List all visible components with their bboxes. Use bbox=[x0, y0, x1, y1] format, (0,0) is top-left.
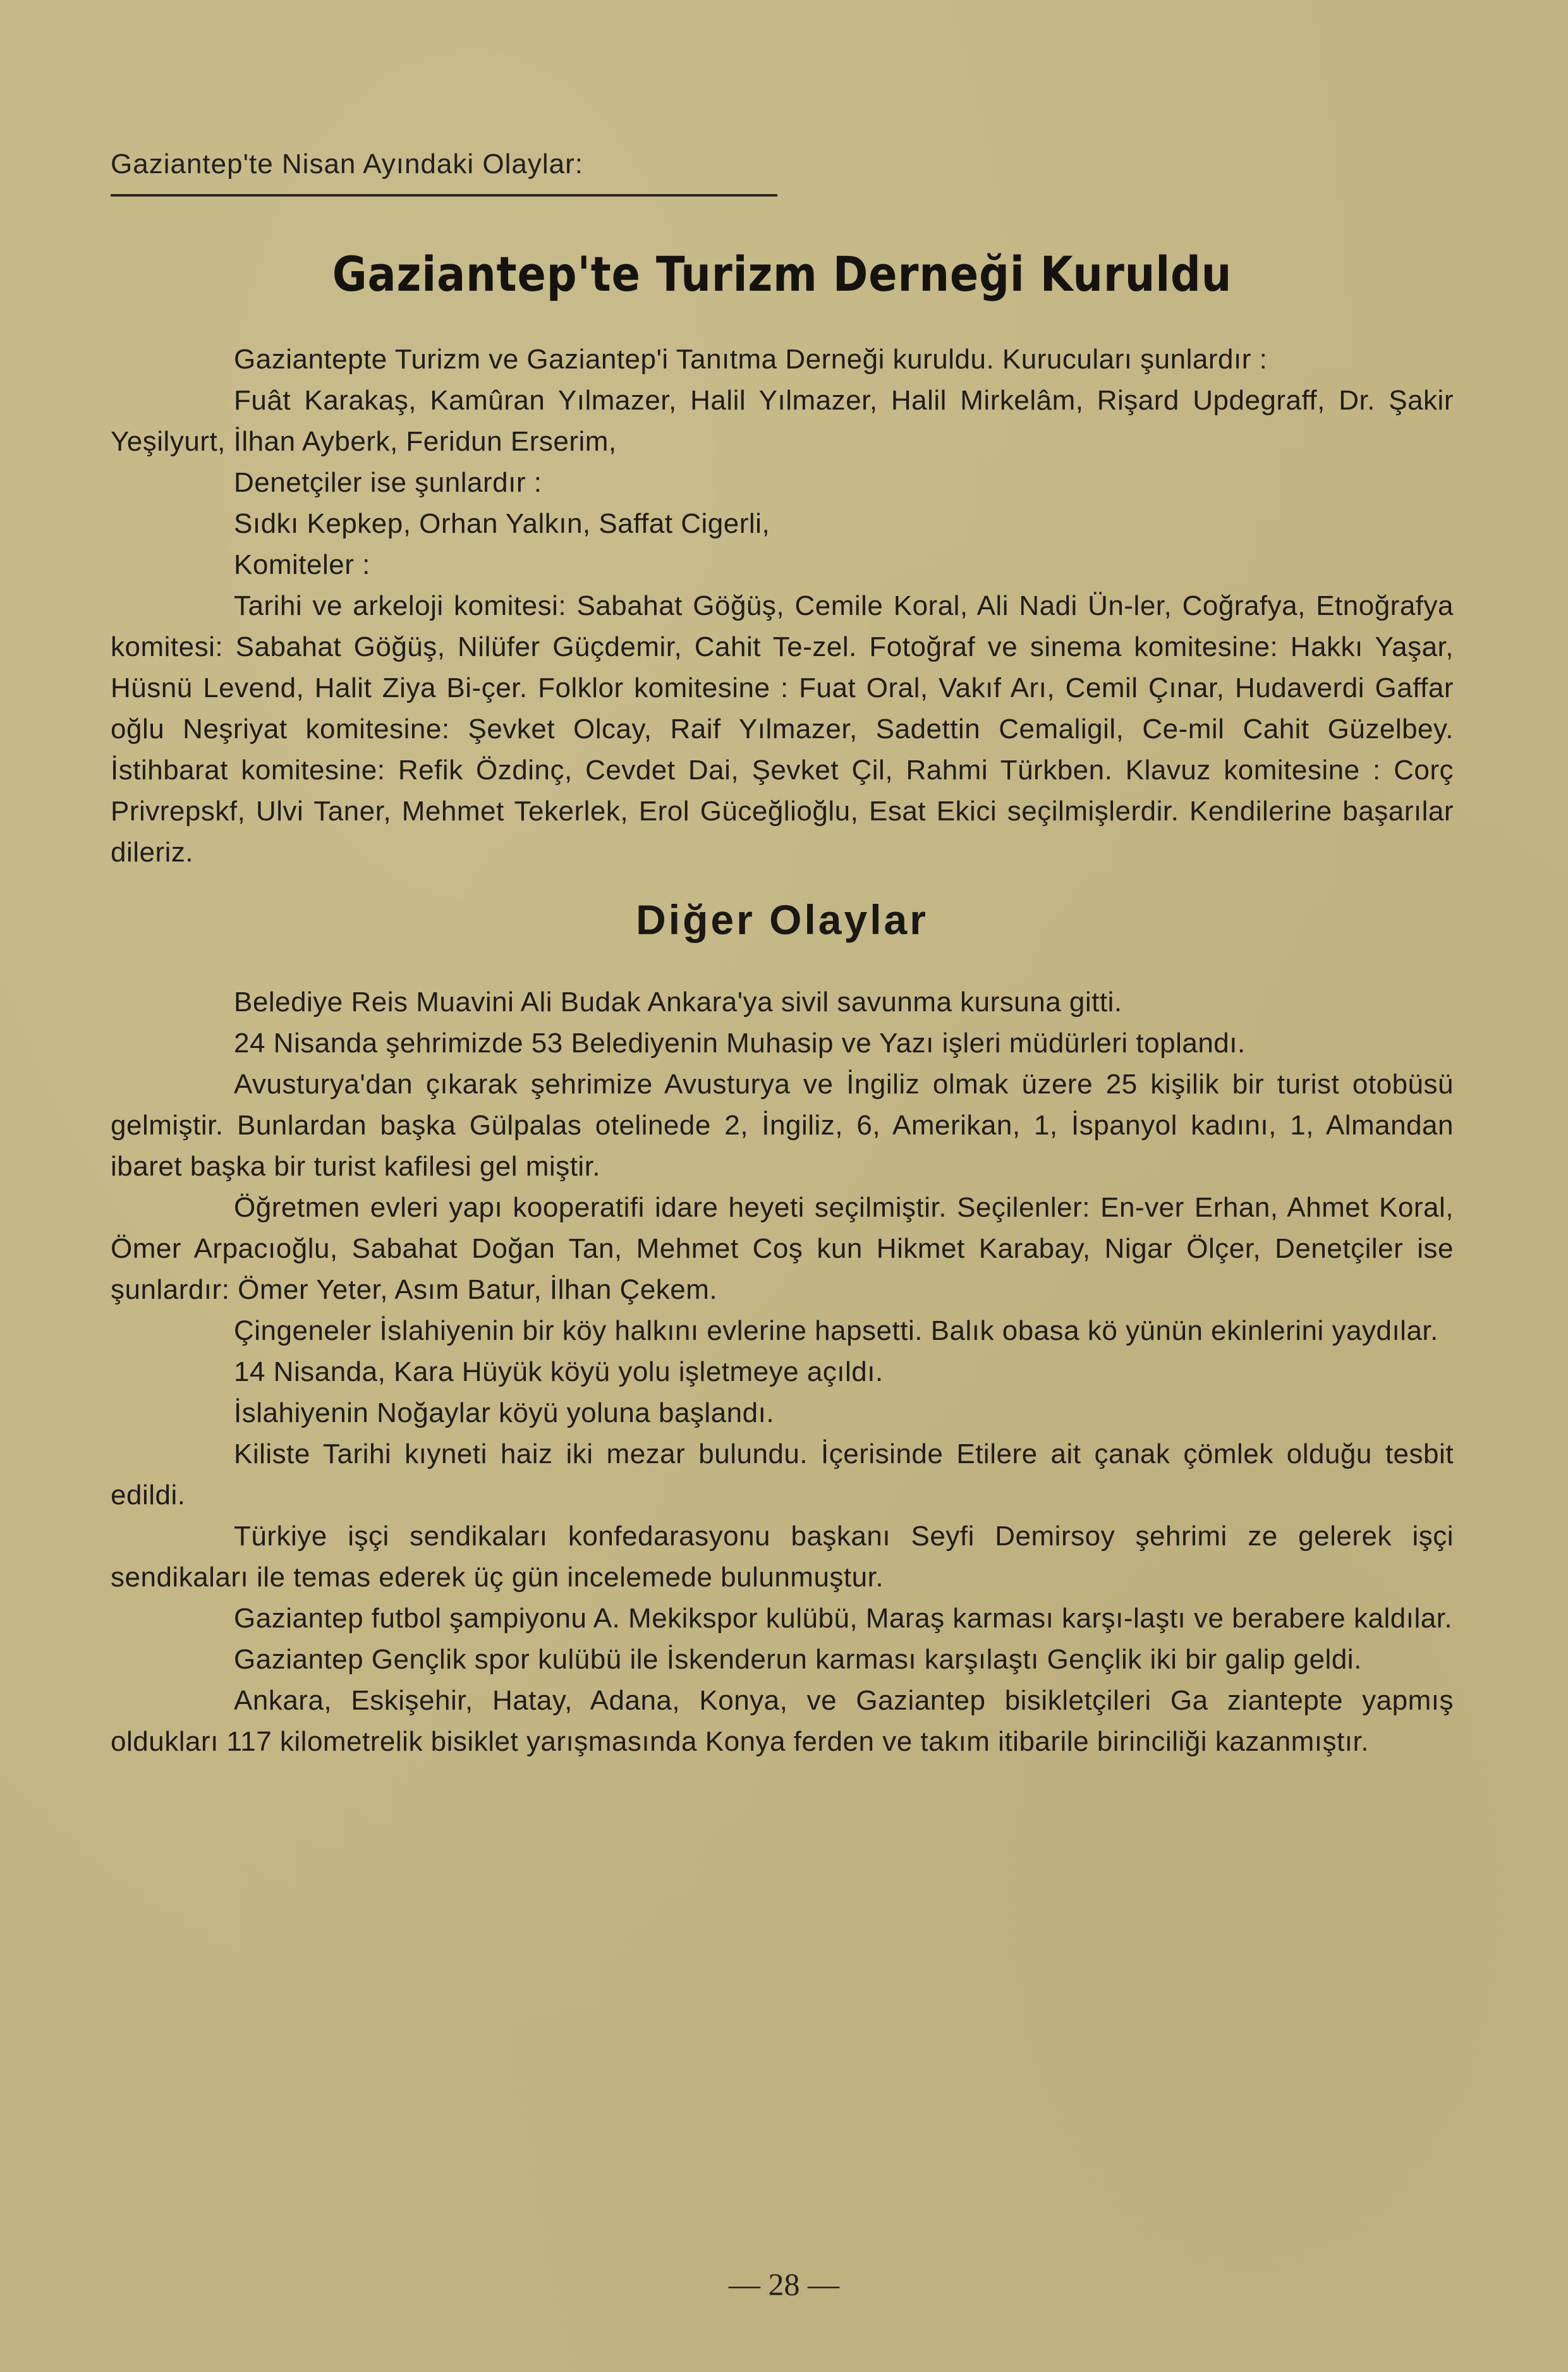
article-paragraph: Fuât Karakaş, Kamûran Yılmazer, Halil Yı… bbox=[111, 380, 1454, 462]
section-label: Gaziantep'te Nisan Ayındaki Olaylar: bbox=[111, 149, 583, 194]
other-events-body: Belediye Reis Muavini Ali Budak Ankara'y… bbox=[111, 982, 1454, 1762]
event-paragraph: Avusturya'dan çıkarak şehrimize Avustury… bbox=[111, 1064, 1454, 1187]
article-paragraph: Gaziantepte Turizm ve Gaziantep'i Tanıtm… bbox=[111, 339, 1454, 380]
section-underline bbox=[111, 194, 777, 197]
article-paragraph: Komiteler : bbox=[111, 544, 1454, 585]
event-paragraph: 14 Nisanda, Kara Hüyük köyü yolu işletme… bbox=[111, 1351, 1454, 1392]
document-page: Gaziantep'te Nisan Ayındaki Olaylar: Gaz… bbox=[111, 149, 1454, 1762]
event-paragraph: Çingeneler İslahiyenin bir köy halkını e… bbox=[111, 1310, 1454, 1351]
article-paragraph: Denetçiler ise şunlardır : bbox=[111, 462, 1454, 503]
event-paragraph: Kiliste Tarihi kıyneti haiz iki mezar bu… bbox=[111, 1433, 1454, 1516]
article-title: Gaziantep'te Turizm Derneği Kuruldu bbox=[191, 246, 1373, 302]
event-paragraph: İslahiyenin Noğaylar köyü yoluna başland… bbox=[111, 1392, 1454, 1433]
article-paragraph: Sıdkı Kepkep, Orhan Yalkın, Saffat Ciger… bbox=[111, 503, 1454, 544]
page-number: — 28 — bbox=[0, 2266, 1568, 2302]
article-body: Gaziantepte Turizm ve Gaziantep'i Tanıtm… bbox=[111, 339, 1454, 873]
event-paragraph: Belediye Reis Muavini Ali Budak Ankara'y… bbox=[111, 982, 1454, 1023]
other-events-title: Diğer Olaylar bbox=[111, 896, 1454, 944]
event-paragraph: Gaziantep futbol şampiyonu A. Mekikspor … bbox=[111, 1598, 1454, 1639]
event-paragraph: Türkiye işçi sendikaları konfedarasyonu … bbox=[111, 1516, 1454, 1598]
section-header: Gaziantep'te Nisan Ayındaki Olaylar: bbox=[111, 149, 1454, 197]
event-paragraph: Ankara, Eskişehir, Hatay, Adana, Konya, … bbox=[111, 1680, 1454, 1762]
event-paragraph: Gaziantep Gençlik spor kulübü ile İskend… bbox=[111, 1639, 1454, 1680]
article-paragraph: Tarihi ve arkeloji komitesi: Sabahat Göğ… bbox=[111, 585, 1454, 873]
event-paragraph: Öğretmen evleri yapı kooperatifi idare h… bbox=[111, 1187, 1454, 1310]
event-paragraph: 24 Nisanda şehrimizde 53 Belediyenin Muh… bbox=[111, 1023, 1454, 1064]
